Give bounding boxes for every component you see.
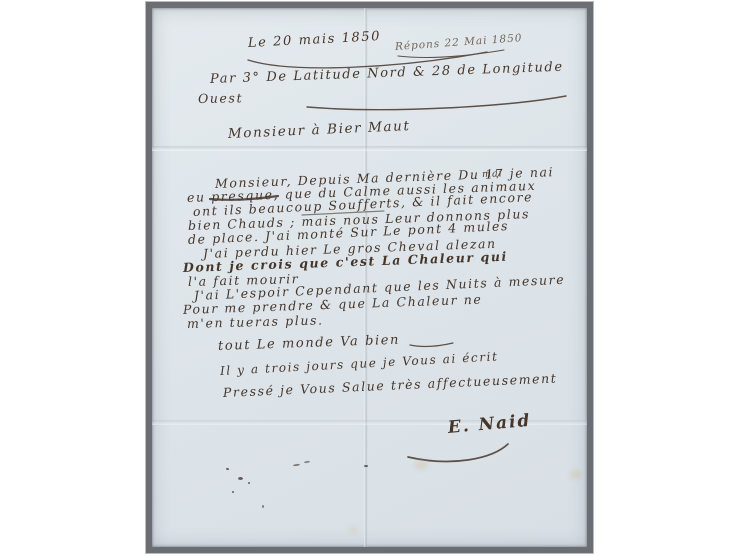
handwriting-three-days: Il y a trois jours que je Vous ai écrit [220,350,499,377]
handwriting-everyone-well: tout Le monde Va bien [218,334,400,353]
foxing-spot [232,491,234,493]
letter-paper: Le 20 mais 1850 Répons 22 Mai 1850 Par 3… [152,8,587,547]
foxing-spot [226,468,230,471]
handwriting-coordinates: Par 3° De Latitude Nord & 28 de Longitud… [210,61,564,86]
handwriting-closing: Pressé je Vous Salue très affectueusemen… [223,372,558,399]
foxing-spot [293,464,300,467]
signature-paraph [408,444,508,461]
fold-crease-horizontal-1 [152,146,587,151]
handwriting-dateline: Le 20 mais 1850 [248,30,382,50]
foxing-spot [364,465,368,467]
foxing-spot [304,461,310,464]
paper-stain [414,460,428,470]
paper-stain [570,470,582,479]
flourish-longitude-underline [307,96,566,110]
flourish-everyone-dash [410,343,453,346]
handwriting-coordinates-2: Ouest [198,92,243,105]
handwriting-docket-note: Répons 22 Mai 1850 [395,33,523,52]
paper-stain [348,526,358,534]
foxing-spot [248,482,250,484]
foxing-spot [262,505,264,508]
foxing-spot [238,477,243,480]
signature: E. Naid [447,413,532,437]
catalog-page-background: Le 20 mais 1850 Répons 22 Mai 1850 Par 3… [0,0,740,557]
handwriting-body-line: m'en tueras plus. [187,314,324,330]
letter-photo-frame: Le 20 mais 1850 Répons 22 Mai 1850 Par 3… [146,2,593,553]
handwriting-salutation: Monsieur à Bier Maut [228,120,411,141]
handwriting-superscript-mai: mai [482,169,503,179]
